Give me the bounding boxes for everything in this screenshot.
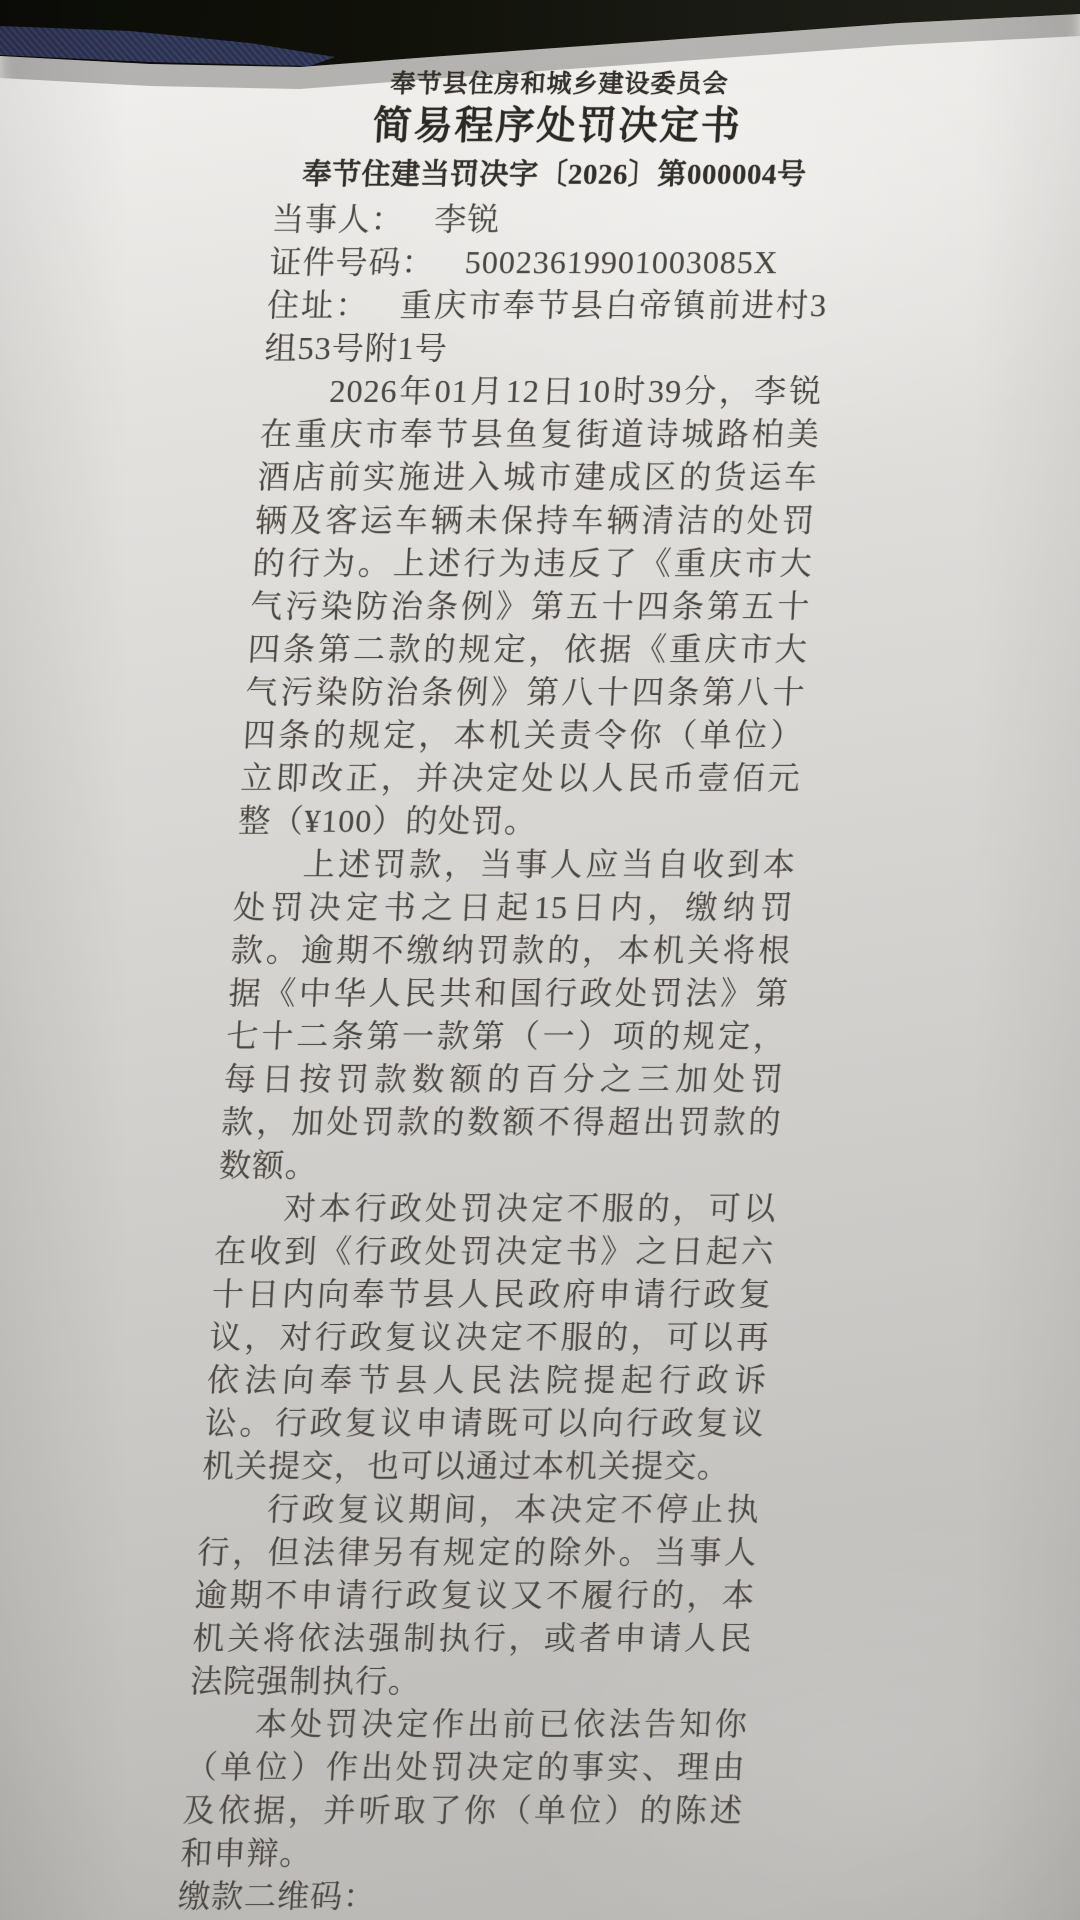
address-field: 住址：重庆市奉节县白帝镇前进村3组53号附1号 [264, 284, 829, 370]
id-number-field: 证件号码：50023619901003085X [268, 241, 830, 284]
party-field: 当事人：李锐 [271, 198, 833, 241]
paragraph-enforcement: 行政复议期间，本决定不停止执行，但法律另有规定的除外。当事人逾期不申请行政复议又… [189, 1488, 761, 1703]
paragraph-payment: 上述罚款，当事人应当自收到本处罚决定书之日起15日内，缴纳罚款。逾期不缴纳罚款的… [218, 843, 797, 1187]
address-label: 住址： [266, 287, 371, 323]
document-content: 奉节县住房和城乡建设委员会 简易程序处罚决定书 奉节住建当罚决字〔2026〕第0… [177, 40, 842, 1918]
party-value: 李锐 [433, 201, 501, 237]
id-number-value: 50023619901003085X [464, 244, 779, 280]
paragraph-review: 对本行政处罚决定不服的，可以在收到《行政处罚决定书》之日起六十日内向奉节县人民政… [201, 1187, 778, 1488]
agency-name: 奉节县住房和城乡建设委员会 [279, 66, 841, 102]
paragraph-facts: 2026年01月12日10时39分，李锐在重庆市奉节县鱼复街道诗城路柏美酒店前实… [237, 370, 823, 843]
party-label: 当事人： [271, 201, 405, 237]
document-number: 奉节住建当罚决字〔2026〕第000004号 [273, 154, 835, 196]
photo-root: 奉节县住房和城乡建设委员会 简易程序处罚决定书 奉节住建当罚决字〔2026〕第0… [0, 0, 1080, 1920]
payment-qr-label: 缴款二维码： [177, 1875, 739, 1918]
id-number-label: 证件号码： [269, 244, 436, 280]
document-title: 简易程序处罚决定书 [276, 102, 839, 152]
paragraph-notification: 本处罚决定作出前已依法告知你（单位）作出处罚决定的事实、理由及依据，并听取了你（… [179, 1703, 749, 1875]
